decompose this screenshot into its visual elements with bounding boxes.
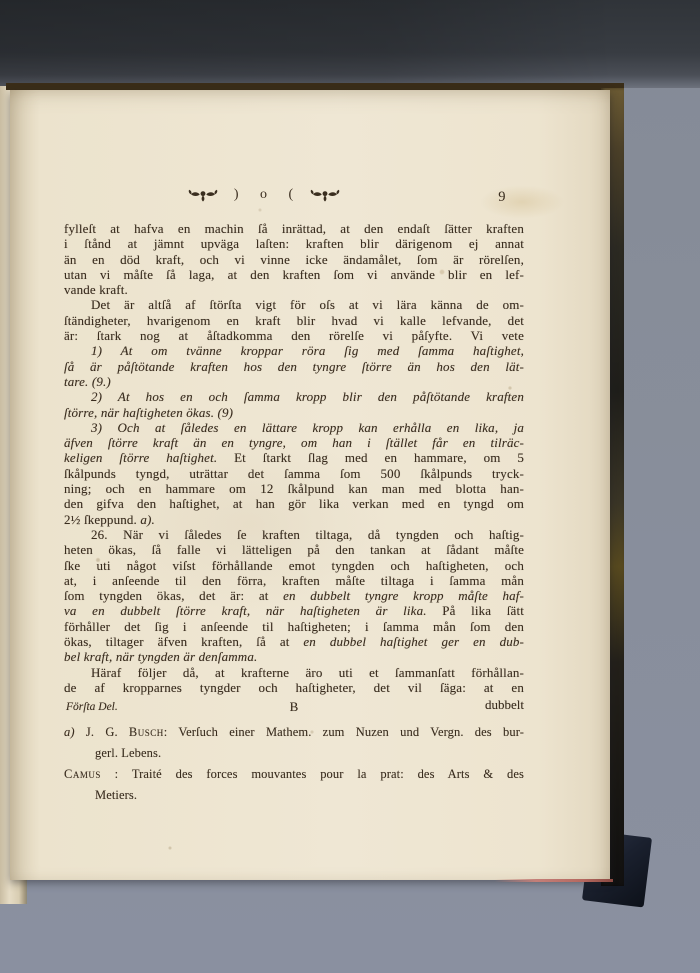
text-line: utan vi måſte ſå laga, at den kraften ſo… <box>64 267 524 282</box>
text-line: Metiers. <box>64 785 524 806</box>
text-line: ſtörre, när haſtigheten ökas. (9) <box>64 405 524 420</box>
book-top-edge <box>6 83 624 90</box>
text-line: ſå är påſtötande kraften hos den tyngre … <box>64 359 524 374</box>
book-page: ) o ( 9 fylleſt at haf <box>10 90 610 880</box>
catchword: dubbelt <box>485 697 524 713</box>
text-line: de af kropparnes tyngder och haſtigheter… <box>64 680 524 695</box>
fleuron-ornament-icon <box>187 189 219 202</box>
text-line: 2½ ſkeppund. a). <box>64 512 524 527</box>
text-line: äfven ſtörre kraft än en tyngre, om han … <box>64 435 524 450</box>
text-line: ning; och en hammare om 12 ſkålpund kan … <box>64 481 524 496</box>
text-line: fylleſt at hafva en machin ſå inrättad, … <box>64 221 524 236</box>
text-line: ſtändigheter, hvarigenom en kraft blir h… <box>64 313 524 328</box>
text-line: är: ſtark nog at åſtadkomma den rörelſe … <box>64 328 524 343</box>
text-line: 2) At hos en och ſamma kropp blir den på… <box>64 389 524 404</box>
text-line: 26. När vi ſåledes ſe kraften tiltaga, d… <box>64 527 524 542</box>
page-number: 9 <box>498 189 506 206</box>
photo-top-shadow <box>0 0 700 88</box>
text-line: keligen ſtörre haſtighet. Et ſtarkt ſlag… <box>64 450 524 465</box>
text-line: ſkålpunds tyngd, uträttar det ſamma ſom … <box>64 466 524 481</box>
text-line: ſke uti något viſst förhållande emot tyn… <box>64 558 524 573</box>
text-line: 1) At om tvänne kroppar röra ſig med ſam… <box>64 343 524 358</box>
fleuron-ornament-icon <box>309 189 341 202</box>
text-line: va en dubbelt ſtörre kraft, när haſtighe… <box>64 603 524 618</box>
text-line: at, i anſeende til den förra, kraften må… <box>64 573 524 588</box>
body-text: fylleſt at hafva en machin ſå inrättad, … <box>64 221 524 695</box>
text-line: ökas, tiltager äfven kraften, ſå at en d… <box>64 634 524 649</box>
text-line: Det är altſå af ſtörſta vigt för oſs at … <box>64 297 524 312</box>
text-line: i ſtånd at jämnt upväga laſten: kraften … <box>64 236 524 251</box>
text-line: Camus : Traité des forces mouvantes pour… <box>64 764 524 785</box>
text-line: heten ökas, ſå falle vi lätteligen på de… <box>64 542 524 557</box>
signature-row: Förſta Del. B dubbelt <box>64 699 524 715</box>
signature-volume-label: Förſta Del. <box>66 701 118 713</box>
text-line: Häraf följer då, at krafterne äro uti et… <box>64 665 524 680</box>
page-header: ) o ( 9 <box>34 186 494 204</box>
text-column: ) o ( 9 fylleſt at haf <box>64 186 524 806</box>
footnotes: a) J. G. Busch: Verſuch einer Mathem. zu… <box>64 722 524 806</box>
text-line: a) J. G. Busch: Verſuch einer Mathem. zu… <box>64 722 524 743</box>
text-line: vande kraft. <box>64 282 524 297</box>
text-line: än en död kraft, och vi vinne icke ändam… <box>64 252 524 267</box>
cover-edge-pink-line <box>495 879 613 882</box>
text-line: förhåller det ſig i anſeende til haſtigh… <box>64 619 524 634</box>
header-center-text: ) o ( <box>234 187 294 203</box>
text-line: tare. (9.) <box>64 374 524 389</box>
text-line: 3) Och at ſåledes en lättare kropp kan e… <box>64 420 524 435</box>
text-line: bel kraft, när tyngden är denſamma. <box>64 649 524 664</box>
signature-mark: B <box>290 699 299 715</box>
text-line: gerl. Lebens. <box>64 743 524 764</box>
book-photo-scene: ) o ( 9 fylleſt at haf <box>0 0 700 973</box>
text-line: den gifva den haſtighet, at han gör lika… <box>64 496 524 511</box>
text-line: ſom tyngden ökas, det är: at en dubbelt … <box>64 588 524 603</box>
